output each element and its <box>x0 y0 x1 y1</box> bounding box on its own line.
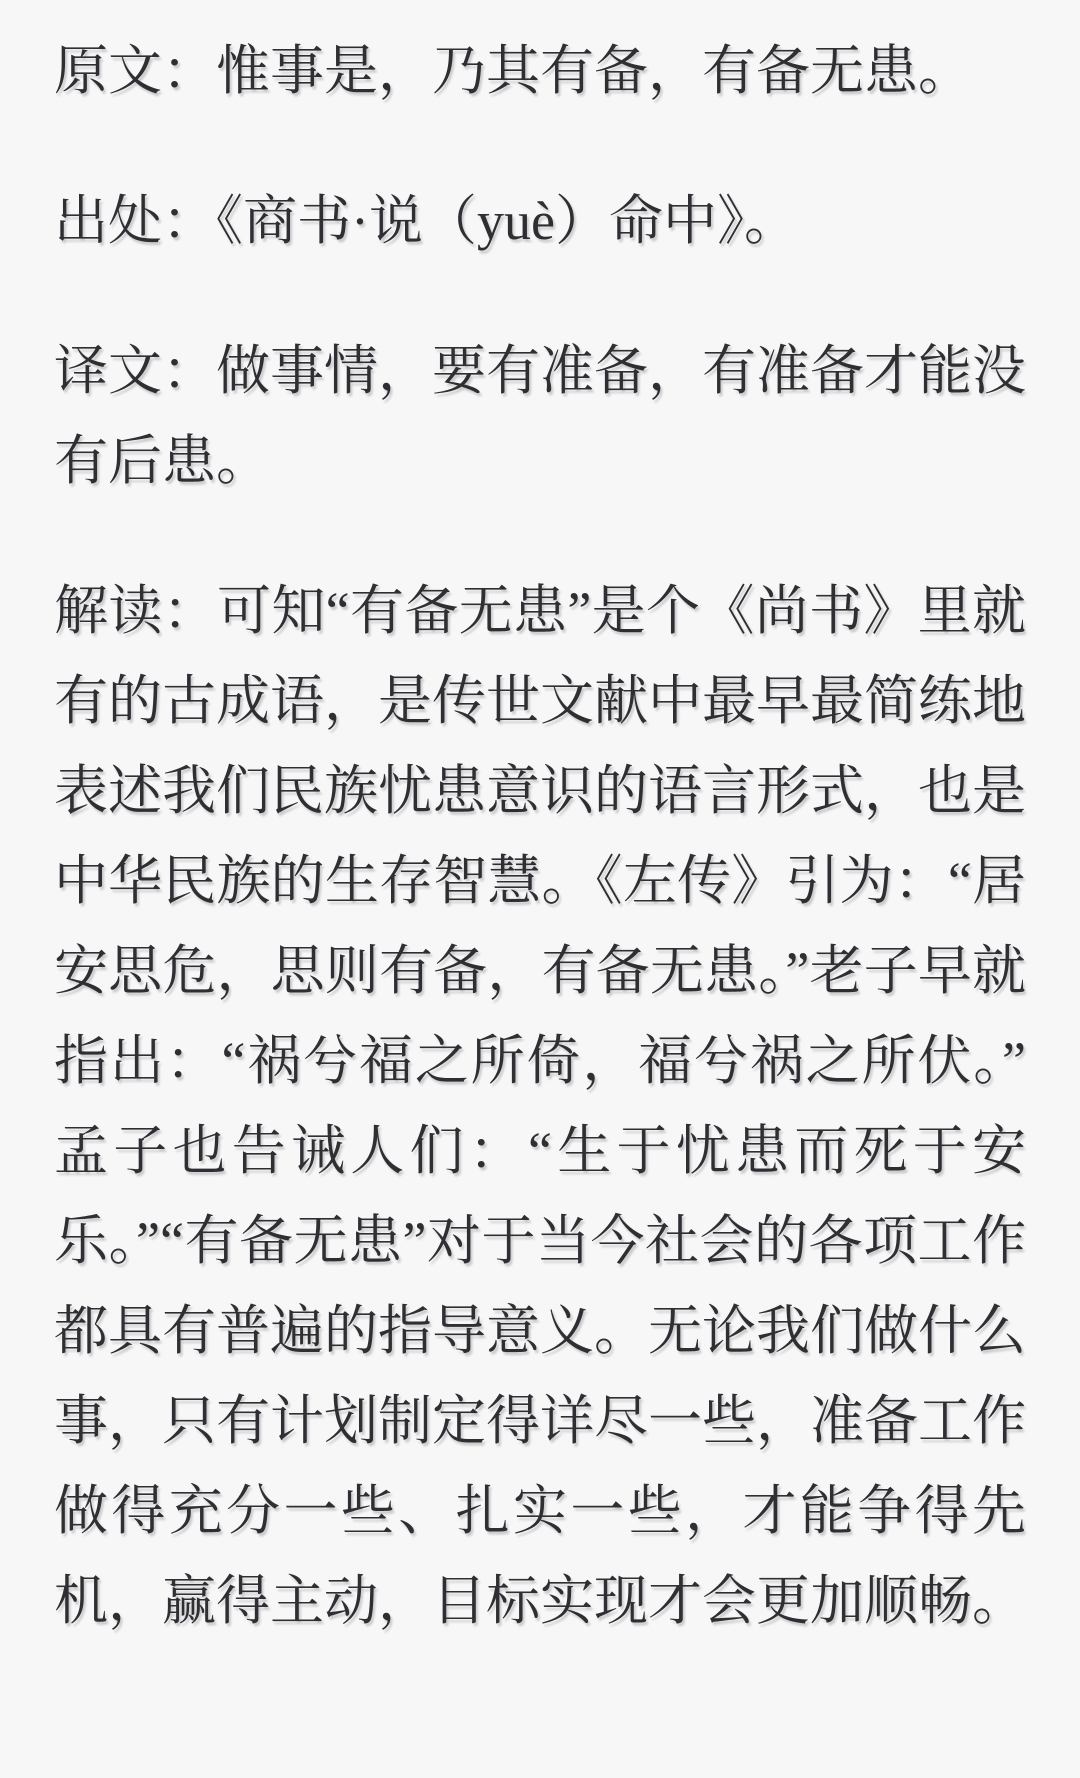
paragraph-original-text: 原文：惟事是，乃其有备，有备无患。 <box>54 26 1026 116</box>
reader-page: { "article": { "language": "zh-CN", "col… <box>0 0 1080 1778</box>
paragraph-translation: 译文：做事情，要有准备，有准备才能没有后患。 <box>54 326 1026 506</box>
article-body: 原文：惟事是，乃其有备，有备无患。 出处：《商书·说（yuè）命中》。 译文：做… <box>0 0 1080 1646</box>
paragraph-interpretation: 解读：可知“有备无患”是个《尚书》里就有的古成语，是传世文献中最早最简练地表述我… <box>54 566 1026 1646</box>
paragraph-source: 出处：《商书·说（yuè）命中》。 <box>54 176 1026 266</box>
